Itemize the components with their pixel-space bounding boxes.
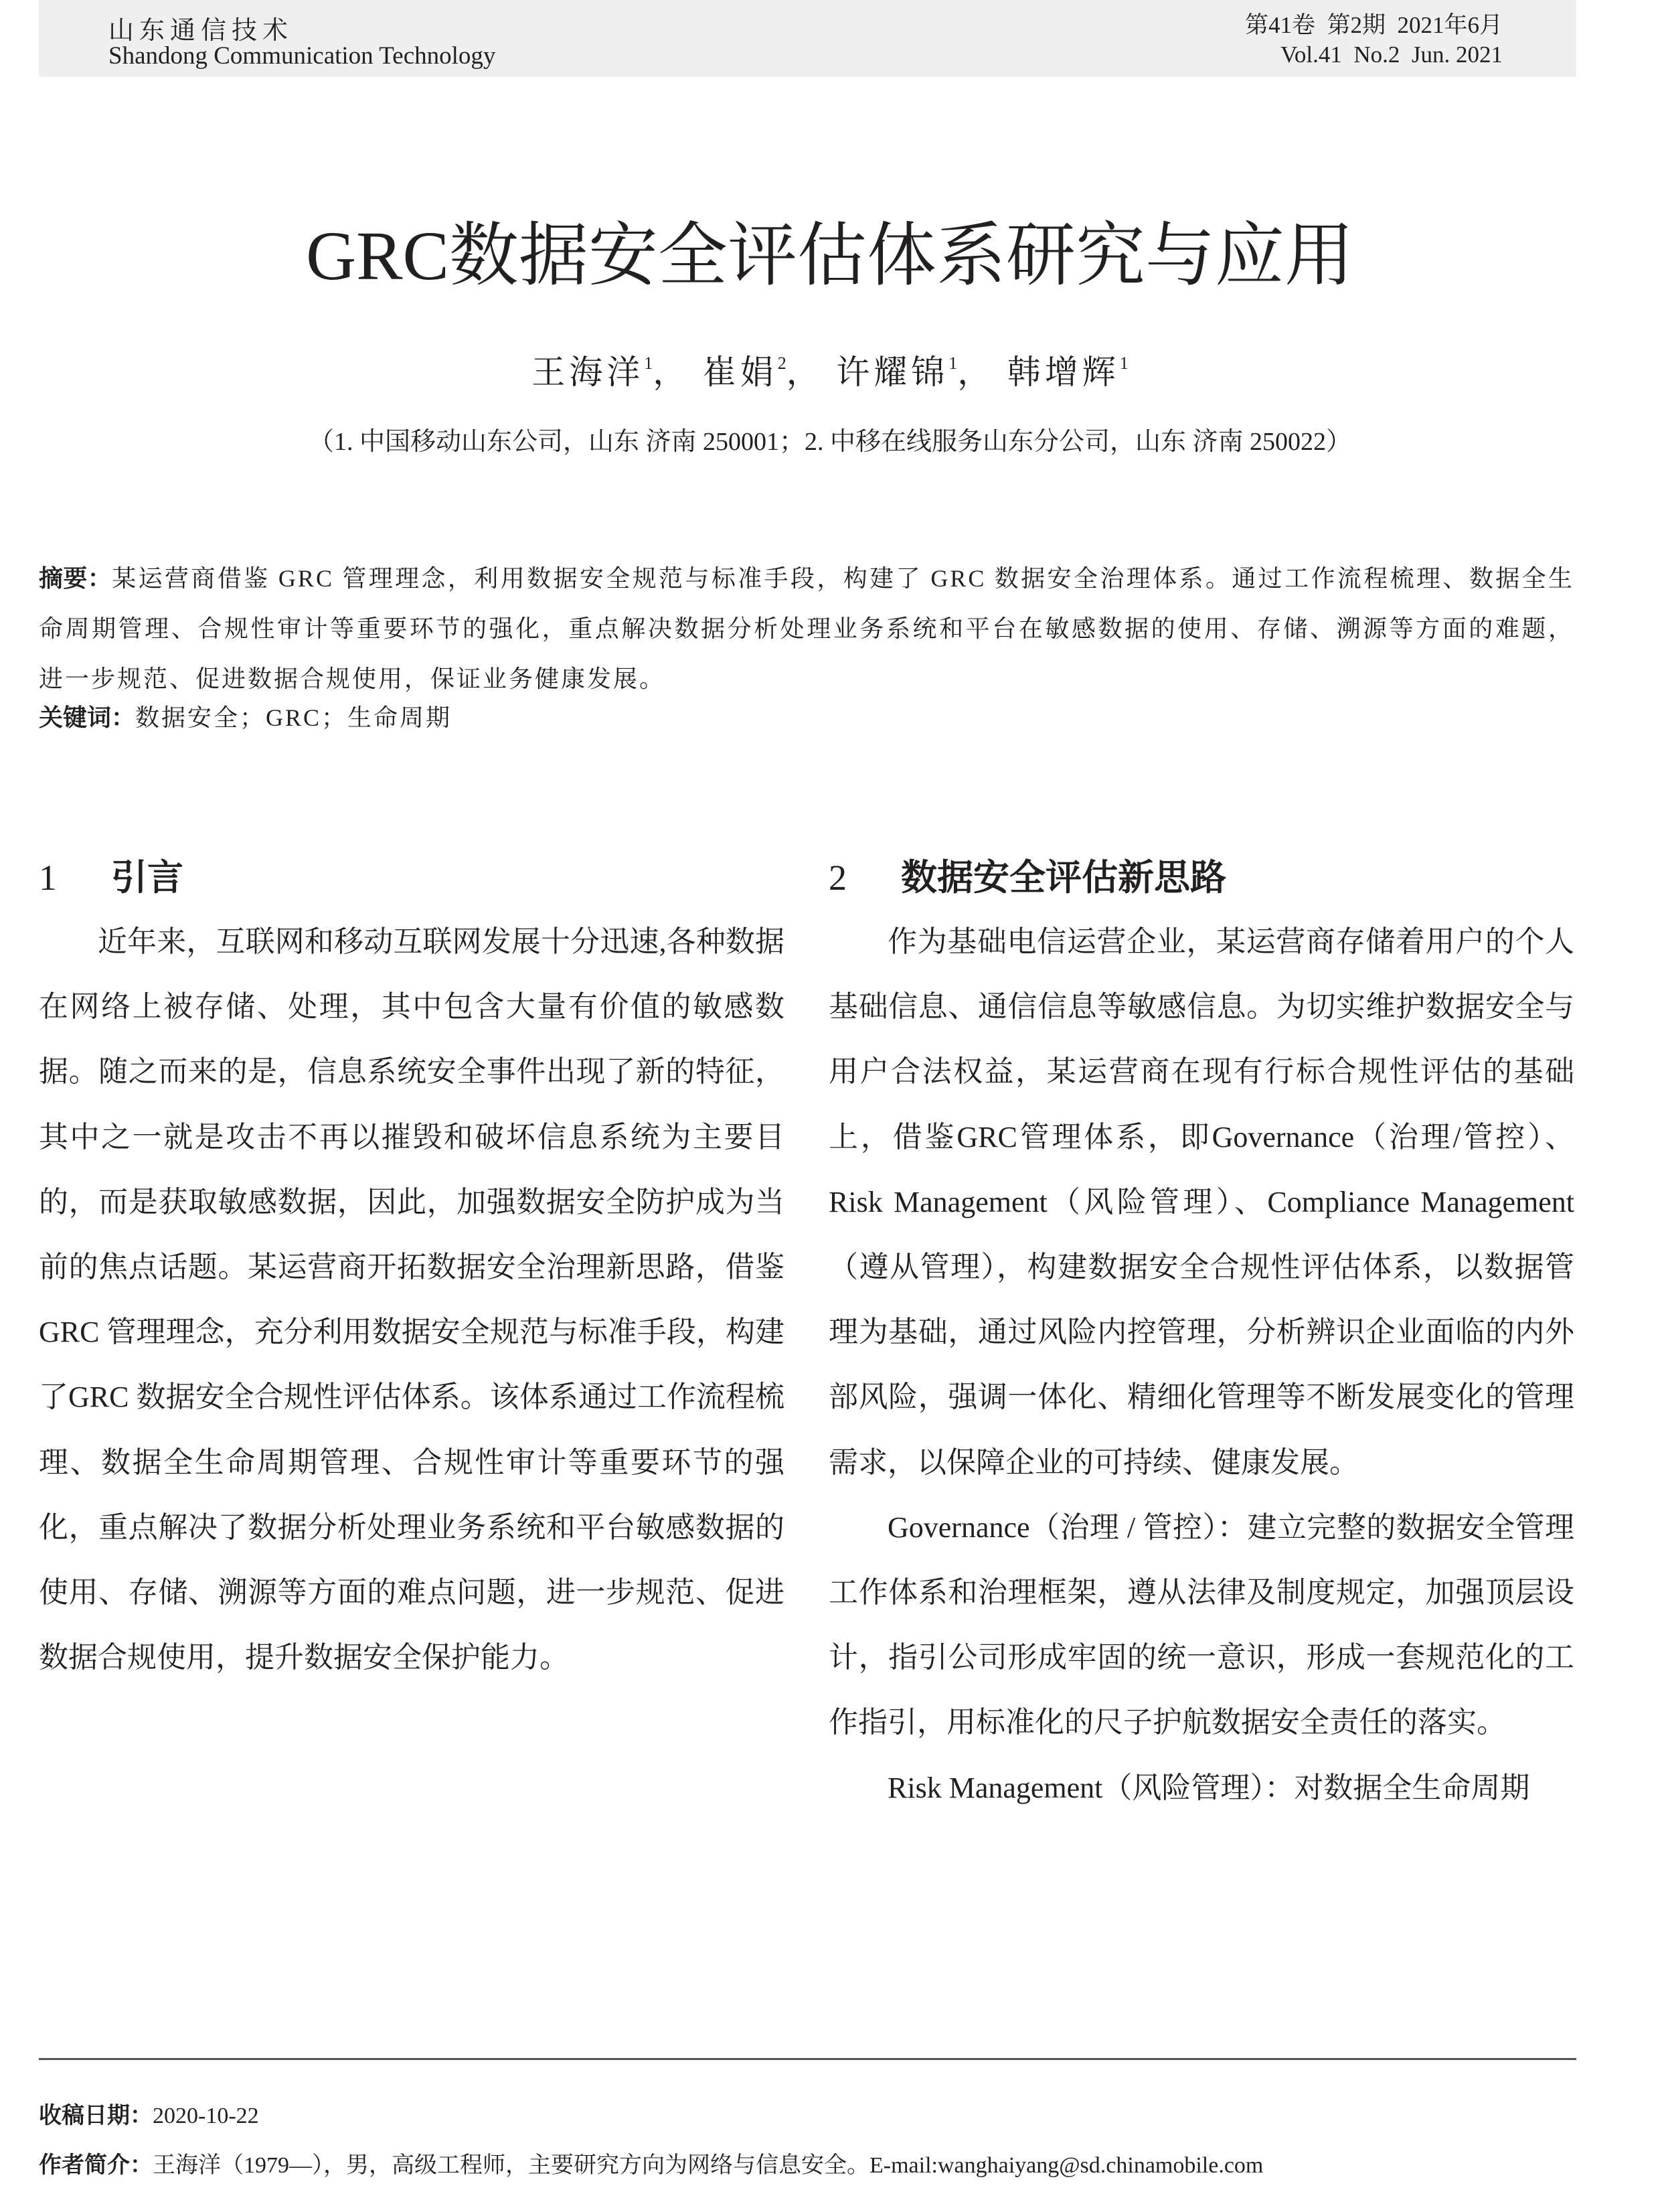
abstract: 摘要：某运营商借鉴 GRC 管理理念，利用数据安全规范与标准手段，构建了 GRC… <box>39 553 1574 704</box>
paragraph: 近年来，互联网和移动互联网发展十分迅速,各种数据在网络上被存储、处理，其中包含大… <box>39 909 784 1690</box>
paper-title: GRC数据安全评估体系研究与应用 <box>0 213 1660 300</box>
keywords-label: 关键词： <box>39 704 135 731</box>
abstract-text: 某运营商借鉴 GRC 管理理念，利用数据安全规范与标准手段，构建了 GRC 数据… <box>39 565 1574 692</box>
author-name: 许耀锦 <box>836 353 948 391</box>
left-column-body: 近年来，互联网和移动互联网发展十分迅速,各种数据在网络上被存储、处理，其中包含大… <box>39 909 784 1690</box>
received-date-note: 收稿日期：2020-10-22 <box>39 2097 259 2130</box>
journal-name-en: Shandong Communication Technology <box>108 42 495 70</box>
paragraph: 作为基础电信运营企业，某运营商存储着用户的个人基础信息、通信信息等敏感信息。为切… <box>829 909 1574 1495</box>
right-column-body: 作为基础电信运营企业，某运营商存储着用户的个人基础信息、通信信息等敏感信息。为切… <box>829 909 1574 1820</box>
author-separator: ， <box>653 353 690 391</box>
received-date-value: 2020-10-22 <box>153 2104 259 2128</box>
author-list: 王海洋1， 崔娟2， 许耀锦1， 韩增辉1 <box>0 345 1660 394</box>
section-title: 数据安全评估新思路 <box>901 858 1226 898</box>
author-affiliation-mark: 2 <box>778 353 786 373</box>
paragraph: Risk Management（风险管理）：对数据全生命周期 <box>829 1755 1574 1820</box>
journal-name-cn: 山东通信技术 <box>108 9 293 46</box>
author-bio-label: 作者简介： <box>39 2152 153 2178</box>
author-name: 崔娟 <box>703 353 778 391</box>
author-bio-text: 王海洋（1979—），男，高级工程师，主要研究方向为网络与信息安全。E-mail… <box>153 2153 1263 2178</box>
author-affiliation-mark: 1 <box>1120 353 1129 373</box>
paragraph: Governance（治理 / 管控）：建立完整的数据安全管理工作体系和治理框架… <box>829 1495 1574 1755</box>
author-name: 王海洋 <box>531 353 644 391</box>
section-number: 2 <box>829 857 901 898</box>
author-separator: ， <box>957 353 995 391</box>
section-title: 引言 <box>111 858 183 898</box>
keywords-text: 数据安全；GRC；生命周期 <box>135 704 452 731</box>
author-affiliation-mark: 1 <box>948 353 957 373</box>
received-date-label: 收稿日期： <box>39 2103 153 2128</box>
abstract-label: 摘要： <box>39 564 112 592</box>
section-heading-new-approach: 2数据安全评估新思路 <box>829 849 1226 900</box>
issue-info-cn: 第41卷 第2期 2021年6月 <box>1245 7 1503 40</box>
author-name: 韩增辉 <box>1007 353 1120 391</box>
author-affiliation-mark: 1 <box>644 353 653 373</box>
issue-info-en: Vol.41 No.2 Jun. 2021 <box>1280 42 1503 68</box>
footnote-divider <box>39 2058 1576 2060</box>
author-bio-note: 作者简介：王海洋（1979—），男，高级工程师，主要研究方向为网络与信息安全。E… <box>39 2146 1263 2179</box>
section-number: 1 <box>39 857 111 898</box>
affiliations: （1. 中国移动山东公司，山东 济南 250001；2. 中移在线服务山东分公司… <box>0 420 1660 457</box>
section-heading-introduction: 1引言 <box>39 849 183 900</box>
keywords: 关键词：数据安全；GRC；生命周期 <box>39 699 452 733</box>
author-separator: ， <box>786 353 824 391</box>
